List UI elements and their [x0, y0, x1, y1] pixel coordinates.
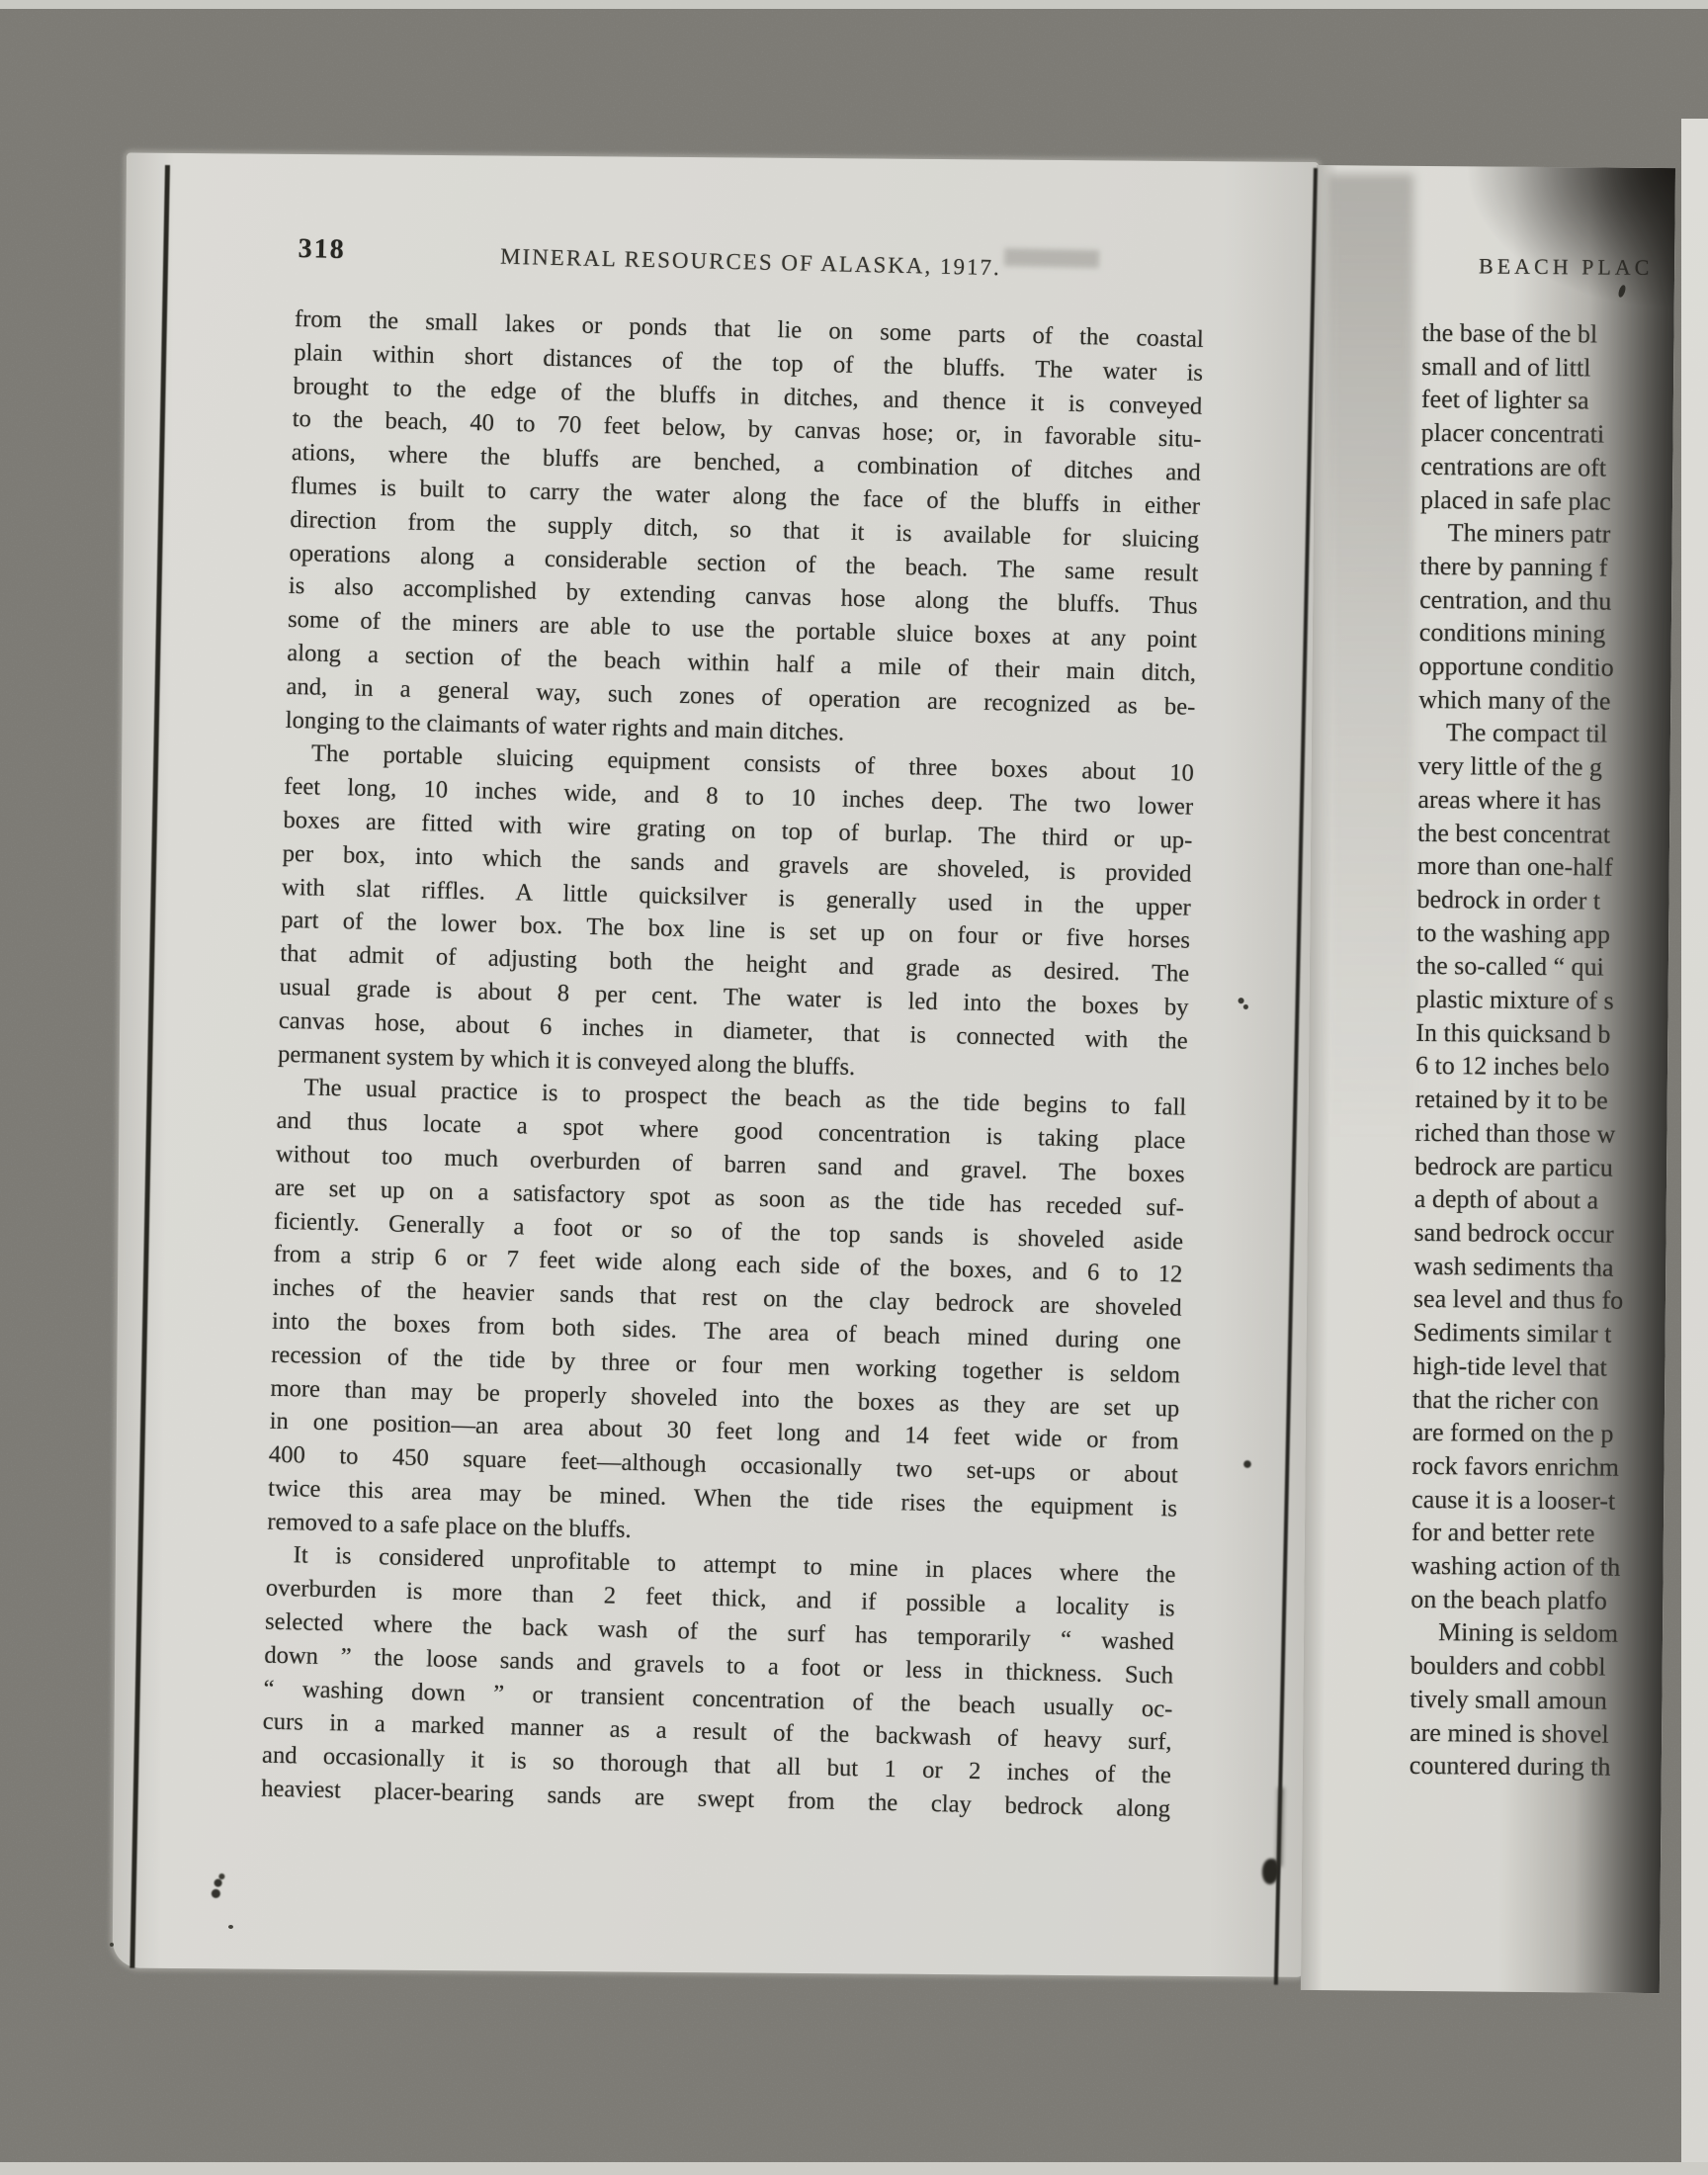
- scanned-book-photo: BEACH PLAC the base of the blsmall and o…: [0, 0, 1708, 2175]
- text-line-fragment: conditions mining: [1419, 616, 1675, 652]
- margin-speck: [1242, 1459, 1252, 1469]
- paragraph: The portable sluicing equipment consists…: [278, 737, 1194, 1091]
- margin-speck: [1238, 997, 1249, 1010]
- text-line-fragment: cause it is a looser-t: [1411, 1483, 1675, 1519]
- text-line-fragment: sand bedrock occur: [1413, 1216, 1675, 1252]
- left-page-text-block: 318 MINERAL RESOURCES OF ALASKA, 1917. f…: [261, 233, 1206, 1826]
- text-line-fragment: bedrock in order t: [1416, 883, 1675, 918]
- text-line-fragment: high-tide level that: [1412, 1349, 1675, 1385]
- text-line-fragment: the best concentrat: [1417, 816, 1675, 851]
- text-line-fragment: wash sediments tha: [1413, 1250, 1675, 1285]
- text-line-fragment: sea level and thus fo: [1413, 1282, 1675, 1318]
- text-line-fragment: for and better rete: [1411, 1516, 1675, 1551]
- text-line-fragment: boulders and cobbl: [1410, 1649, 1675, 1685]
- text-line-fragment: plastic mixture of s: [1415, 983, 1674, 1018]
- text-line-fragment: countered during th: [1409, 1749, 1675, 1784]
- text-line-fragment: placed in safe plac: [1420, 482, 1675, 518]
- right-page-line-fragments: the base of the blsmall and of littlfeet…: [1409, 316, 1675, 1784]
- text-line-fragment: centrations are oft: [1420, 450, 1675, 485]
- text-line-fragment: The compact til: [1418, 716, 1675, 751]
- text-line-fragment: a depth of about a: [1414, 1182, 1675, 1218]
- dust-speck: [110, 1943, 114, 1947]
- paragraph: The usual practice is to prospect the be…: [267, 1071, 1186, 1559]
- text-line-fragment: the base of the bl: [1421, 316, 1675, 352]
- text-line-fragment: rock favors enrichm: [1411, 1449, 1675, 1485]
- scan-bottom-edge-strip: [0, 2162, 1708, 2175]
- text-line-fragment: the so-called “ qui: [1416, 949, 1675, 985]
- text-line-fragment: are mined is shovel: [1409, 1715, 1675, 1751]
- right-running-head: BEACH PLAC: [1479, 253, 1675, 281]
- scan-top-edge-strip: [0, 0, 1708, 9]
- text-line-fragment: riched than those w: [1414, 1116, 1675, 1152]
- text-line-fragment: areas where it has: [1417, 783, 1675, 819]
- text-line-fragment: tively small amoun: [1409, 1683, 1675, 1718]
- right-page-text-column: BEACH PLAC the base of the blsmall and o…: [1409, 253, 1675, 1784]
- scan-right-edge-strip: [1681, 119, 1708, 2175]
- text-line-fragment: washing action of th: [1410, 1549, 1674, 1585]
- text-line-fragment: there by panning f: [1419, 550, 1675, 585]
- text-line-fragment: small and of littl: [1421, 350, 1675, 386]
- faint-smudge-after-title: [1004, 248, 1099, 268]
- text-line-fragment: 6 to 12 inches belo: [1415, 1049, 1675, 1085]
- left-page-paragraphs: from the small lakes or ponds that lie o…: [261, 303, 1204, 1826]
- text-line-fragment: bedrock are particu: [1414, 1149, 1675, 1184]
- gutter-smudge-band: [1328, 174, 1413, 1143]
- text-line-fragment: to the washing app: [1416, 916, 1675, 952]
- dust-speck: [228, 1925, 233, 1929]
- text-line-fragment: which many of the: [1418, 683, 1675, 719]
- text-line-fragment: Mining is seldom: [1410, 1615, 1675, 1651]
- text-line-fragment: more than one-half: [1417, 849, 1675, 885]
- paragraph: from the small lakes or ponds that lie o…: [285, 303, 1204, 757]
- text-line-fragment: are formed on the p: [1412, 1416, 1675, 1451]
- paragraph: It is considered unprofitable to attempt…: [261, 1538, 1176, 1826]
- text-line-fragment: centration, and thu: [1419, 583, 1675, 619]
- text-line-fragment: Sediments similar t: [1413, 1316, 1675, 1351]
- text-line-fragment: placer concentrati: [1420, 416, 1674, 452]
- text-line-fragment: very little of the g: [1418, 749, 1675, 785]
- text-line-fragment: In this quicksand b: [1415, 1016, 1675, 1052]
- text-line-fragment: The miners patr: [1420, 516, 1675, 552]
- text-line-fragment: that the richer con: [1412, 1382, 1675, 1418]
- text-line-fragment: feet of lighter sa: [1421, 383, 1675, 418]
- text-line-fragment: opportune conditio: [1418, 650, 1675, 685]
- text-line-fragment: on the beach platfo: [1410, 1583, 1675, 1618]
- text-line-fragment: retained by it to be: [1415, 1083, 1675, 1118]
